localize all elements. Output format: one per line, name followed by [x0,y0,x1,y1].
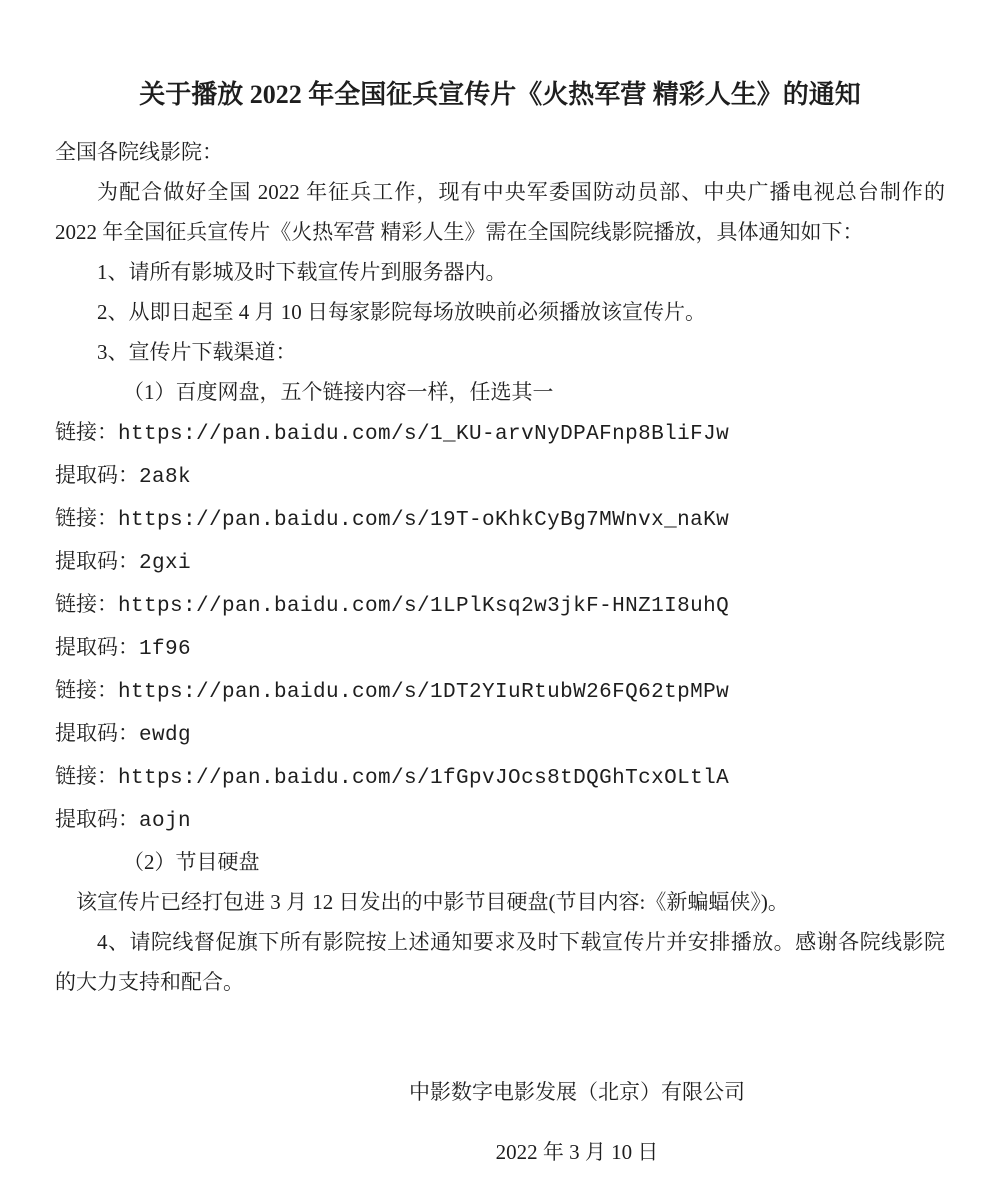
baidu-pan-url-4: https://pan.baidu.com/s/1DT2YIuRtubW26FQ… [118,681,729,704]
list-item-3: 3、宣传片下载渠道： [55,332,945,372]
link-label: 链接： [55,420,118,444]
baidu-code-row-3: 提取码：1f96 [55,627,945,670]
baidu-link-row-3: 链接：https://pan.baidu.com/s/1LPlKsq2w3jkF… [55,584,945,627]
signature-date: 2022 年 3 月 10 日 [132,1132,1000,1172]
baidu-code-row-1: 提取码：2a8k [55,455,945,498]
baidu-code-row-4: 提取码：ewdg [55,713,945,756]
notice-document: 关于播放 2022 年全国征兵宣传片《火热军营 精彩人生》的通知 全国各院线影院… [0,0,1000,1200]
list-item-2: 2、从即日起至 4 月 10 日每家影院每场放映前必须播放该宣传片。 [55,292,945,332]
harddisk-note: 该宣传片已经打包进 3 月 12 日发出的中影节目硬盘(节目内容:《新蝙蝠侠》)… [55,882,945,922]
extraction-code-4: ewdg [139,724,191,747]
harddisk-channel-heading: （2）节目硬盘 [55,842,945,882]
salutation: 全国各院线影院： [55,132,945,172]
code-label: 提取码： [55,807,139,831]
baidu-channel-heading: （1）百度网盘，五个链接内容一样，任选其一 [55,372,945,412]
list-item-1: 1、请所有影城及时下载宣传片到服务器内。 [55,252,945,292]
list-item-4: 4、请院线督促旗下所有影院按上述通知要求及时下载宣传片并安排播放。感谢各院线影院… [55,922,945,1002]
baidu-link-row-4: 链接：https://pan.baidu.com/s/1DT2YIuRtubW2… [55,670,945,713]
link-label: 链接： [55,764,118,788]
baidu-link-row-2: 链接：https://pan.baidu.com/s/19T-oKhkCyBg7… [55,498,945,541]
code-label: 提取码： [55,635,139,659]
baidu-code-row-2: 提取码：2gxi [55,541,945,584]
extraction-code-1: 2a8k [139,466,191,489]
baidu-pan-url-2: https://pan.baidu.com/s/19T-oKhkCyBg7MWn… [118,509,729,532]
baidu-link-row-5: 链接：https://pan.baidu.com/s/1fGpvJOcs8tDQ… [55,756,945,799]
code-label: 提取码： [55,721,139,745]
intro-paragraph: 为配合做好全国 2022 年征兵工作，现有中央军委国防动员部、中央广播电视总台制… [55,172,945,252]
extraction-code-3: 1f96 [139,638,191,661]
baidu-pan-url-5: https://pan.baidu.com/s/1fGpvJOcs8tDQGhT… [118,767,729,790]
signature-company: 中影数字电影发展（北京）有限公司 [132,1072,1000,1112]
link-label: 链接： [55,678,118,702]
baidu-pan-url-1: https://pan.baidu.com/s/1_KU-arvNyDPAFnp… [118,423,729,446]
code-label: 提取码： [55,463,139,487]
code-label: 提取码： [55,549,139,573]
extraction-code-5: aojn [139,810,191,833]
link-label: 链接： [55,592,118,616]
baidu-pan-url-3: https://pan.baidu.com/s/1LPlKsq2w3jkF-HN… [118,595,729,618]
notice-title: 关于播放 2022 年全国征兵宣传片《火热军营 精彩人生》的通知 [55,72,945,118]
signature-block: 中影数字电影发展（北京）有限公司 2022 年 3 月 10 日 [132,1072,1000,1172]
extraction-code-2: 2gxi [139,552,191,575]
link-label: 链接： [55,506,118,530]
baidu-code-row-5: 提取码：aojn [55,799,945,842]
baidu-link-row-1: 链接：https://pan.baidu.com/s/1_KU-arvNyDPA… [55,412,945,455]
